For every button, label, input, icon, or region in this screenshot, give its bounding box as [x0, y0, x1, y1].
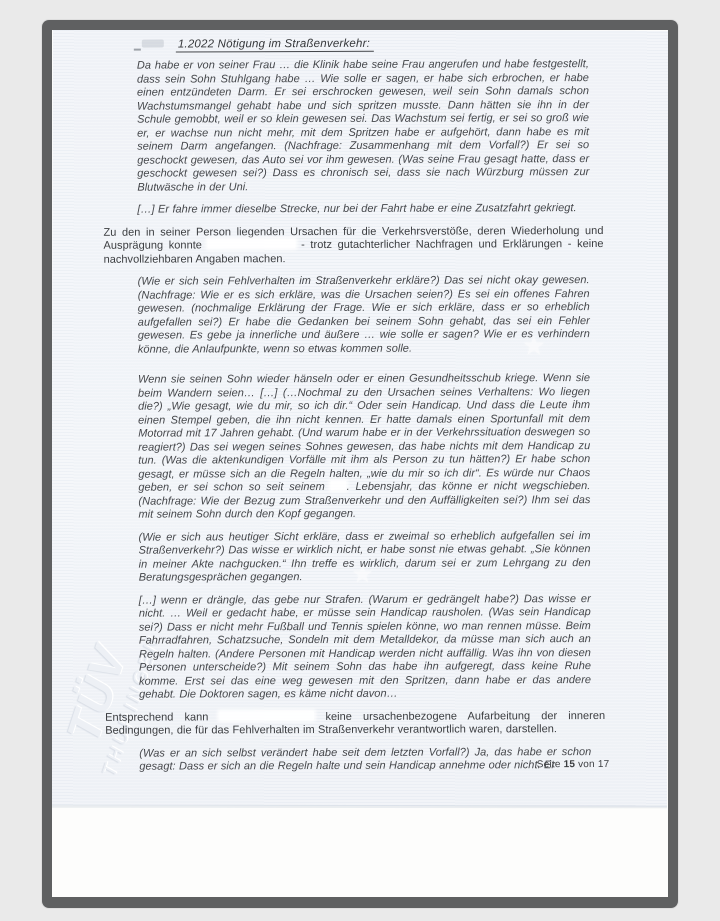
document-content: 1.2022 Nötigung im Straßenverkehr: Da ha…: [53, 30, 668, 783]
redaction-smudge: [142, 40, 164, 48]
paragraph: […] wenn er drängle, das gebe nur Strafe…: [139, 593, 591, 703]
document-page: ★ ★ ★ ★ ★ ★ TÜV THÜRINGEN 1.2022 Nötigun…: [52, 30, 668, 897]
footer-total-pages: 17: [598, 759, 610, 770]
redacted-text: [331, 481, 347, 490]
paragraph: (Was er an sich selbst verändert habe se…: [139, 746, 591, 775]
redacted-text: [219, 711, 314, 720]
document-frame: ★ ★ ★ ★ ★ ★ TÜV THÜRINGEN 1.2022 Nötigun…: [42, 20, 678, 908]
footer-page-number: 15: [564, 759, 576, 770]
paragraph: (Wie er sich sein Fehlverhalten im Straß…: [138, 274, 590, 357]
paragraph: Da habe er von seiner Frau … die Klinik …: [137, 58, 589, 195]
page-footer: Seite 15 von 17: [537, 759, 610, 770]
paragraph: Wenn sie seinen Sohn wieder hänseln oder…: [138, 372, 591, 522]
scanned-sheet: ★ ★ ★ ★ ★ ★ TÜV THÜRINGEN 1.2022 Nötigun…: [52, 30, 668, 807]
redacted-text: [208, 239, 296, 248]
footer-label-of: von: [578, 759, 595, 770]
paragraph-list: Da habe er von seiner Frau … die Klinik …: [53, 58, 668, 775]
section-heading: 1.2022 Nötigung im Straßenverkehr:: [176, 38, 374, 53]
paragraph: Entsprechend kann keine ursachenbezogene…: [105, 710, 605, 739]
paragraph: (Wie er sich aus heutiger Sicht erkläre,…: [139, 530, 591, 586]
paragraph: Zu den in seiner Person liegenden Ursach…: [103, 225, 603, 267]
footer-label-page: Seite: [537, 759, 561, 770]
paragraph: […] Er fahre immer dieselbe Strecke, nur…: [137, 202, 589, 217]
heading-row: 1.2022 Nötigung im Straßenverkehr:: [176, 33, 668, 51]
